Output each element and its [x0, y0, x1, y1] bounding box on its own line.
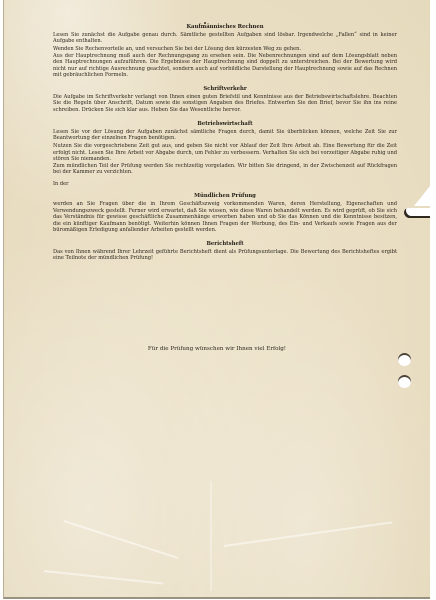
paper-tear [404, 208, 430, 218]
scanned-page: Kaufmännisches Rechnen Lesen Sie zunächs… [3, 0, 430, 599]
paper-crease [224, 521, 393, 547]
section-muendliche-pruefung: Mündlichen Prüfung werden an Sie Fragen … [53, 193, 397, 233]
paragraph: werden an Sie Fragen über die in Ihrem G… [53, 201, 397, 234]
paragraph: Nutzen Sie die vorgeschriebene Zeit gut … [53, 143, 397, 163]
hole-punch [398, 353, 411, 366]
hole-punch [398, 375, 411, 388]
section-heading: Schriftverkehr [53, 86, 397, 93]
section-heading: Berichtsheft [53, 241, 397, 248]
section-heading: Mündlichen Prüfung [53, 193, 397, 200]
paper-tear [414, 186, 430, 206]
section-berichtsheft: Berichtsheft Das von Ihnen während Ihrer… [53, 241, 397, 262]
paper-crease [44, 570, 164, 585]
paper-crease [210, 481, 212, 591]
section-schriftverkehr: Schriftverkehr Die Aufgabe im Schriftver… [53, 86, 397, 113]
paragraph: Zum mündlichen Teil der Prüfung werden S… [53, 163, 397, 176]
paragraph: Lesen Sie zunächst die Aufgabe genau dur… [53, 32, 397, 45]
paragraph: Die Aufgabe im Schriftverkehr verlangt v… [53, 94, 397, 114]
paragraph: Lesen Sie vor der Lösung der Aufgaben zu… [53, 129, 397, 142]
oral-intro: In der [53, 181, 397, 188]
paragraph: Das von Ihnen während Ihrer Lehrzeit gef… [53, 249, 397, 262]
section-kaufmaennisches-rechnen: Kaufmännisches Rechnen Lesen Sie zunächs… [53, 24, 397, 79]
paper-crease [64, 520, 179, 559]
paragraph: Aus der Hauptrechnung muß auch der Rechn… [53, 53, 397, 79]
section-betriebswirtschaft: Betriebswirtschaft Lesen Sie vor der Lös… [53, 121, 397, 176]
document-body: Kaufmännisches Rechnen Lesen Sie zunächs… [53, 24, 397, 263]
section-heading: Betriebswirtschaft [53, 121, 397, 128]
closing-line: Für die Prüfung wünschen wir Ihnen viel … [4, 346, 430, 352]
section-heading: Kaufmännisches Rechnen [53, 24, 397, 31]
